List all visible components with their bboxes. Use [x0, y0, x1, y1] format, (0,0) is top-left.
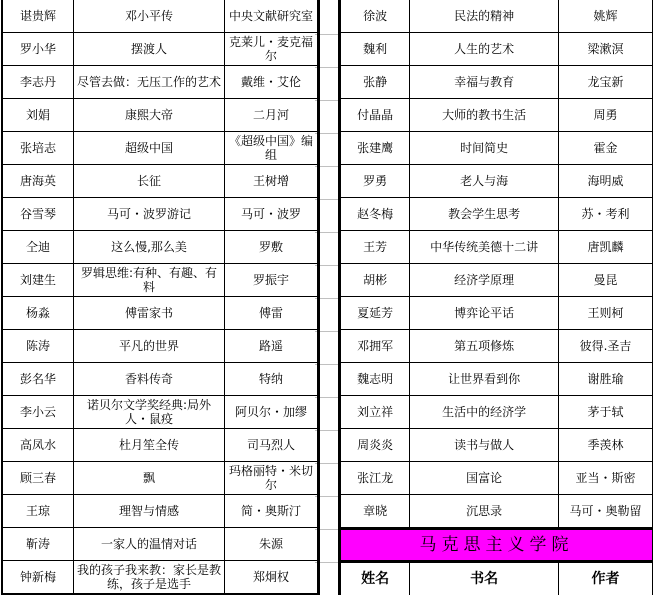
- table-row: 彭名华香料传奇特纳: [2, 363, 319, 396]
- name-cell[interactable]: 顾三春: [2, 462, 74, 495]
- author-cell[interactable]: 阿贝尔・加缪: [225, 396, 319, 429]
- book-cell[interactable]: 时间简史: [410, 132, 559, 165]
- book-cell[interactable]: 尽管去做：无压工作的艺术: [74, 66, 225, 99]
- author-cell[interactable]: 克莱儿・麦克福尔: [225, 33, 319, 66]
- author-cell[interactable]: 司马烈人: [225, 429, 319, 462]
- department-banner-row: 马克思主义学院: [340, 529, 653, 562]
- table-row: 王琼理智与情感简・奥斯汀: [2, 495, 319, 528]
- table-row: 仝迪这么慢,那么美罗敷: [2, 231, 319, 264]
- table-row: 徐波民法的精神姚辉: [340, 0, 653, 33]
- name-cell[interactable]: 张江龙: [340, 462, 410, 495]
- book-cell[interactable]: 傅雷家书: [74, 297, 225, 330]
- book-cell[interactable]: 杜月笙全传: [74, 429, 225, 462]
- name-cell[interactable]: 邓拥军: [340, 330, 410, 363]
- name-cell[interactable]: 李小云: [2, 396, 74, 429]
- book-cell[interactable]: 一家人的温情对话: [74, 528, 225, 561]
- book-cell[interactable]: 邓小平传: [74, 0, 225, 33]
- book-cell[interactable]: 康熙大帝: [74, 99, 225, 132]
- book-cell[interactable]: 平凡的世界: [74, 330, 225, 363]
- author-cell[interactable]: 郑炯权: [225, 561, 319, 595]
- table-row: 周炎炎读书与做人季羡林: [340, 429, 653, 462]
- name-cell[interactable]: 夏延芳: [340, 297, 410, 330]
- name-cell[interactable]: 杨淼: [2, 297, 74, 330]
- author-cell[interactable]: 彼得.圣吉: [559, 330, 653, 363]
- book-cell[interactable]: 香料传奇: [74, 363, 225, 396]
- author-cell[interactable]: 唐凯麟: [559, 231, 653, 264]
- author-cell[interactable]: 罗振宇: [225, 264, 319, 297]
- author-cell[interactable]: 季羡林: [559, 429, 653, 462]
- table-row: 魏志明让世界看到你谢胜瑜: [340, 363, 653, 396]
- name-cell[interactable]: 李志丹: [2, 66, 74, 99]
- table-row: 刘立祥生活中的经济学茅于轼: [340, 396, 653, 429]
- table-row: 刘娟康熙大帝二月河: [2, 99, 319, 132]
- book-cell[interactable]: 沉思录: [410, 495, 559, 529]
- name-cell[interactable]: 钟新梅: [2, 561, 74, 595]
- table-row: 王芳中华传统美德十二讲唐凯麟: [340, 231, 653, 264]
- book-cell[interactable]: 摆渡人: [74, 33, 225, 66]
- book-cell[interactable]: 罗辑思维:有种、有趣、有料: [74, 264, 225, 297]
- book-cell[interactable]: 理智与情感: [74, 495, 225, 528]
- name-cell[interactable]: 张培志: [2, 132, 74, 165]
- author-cell[interactable]: 朱源: [225, 528, 319, 561]
- name-cell[interactable]: 罗小华: [2, 33, 74, 66]
- book-cell[interactable]: 经济学原理: [410, 264, 559, 297]
- name-cell[interactable]: 胡彬: [340, 264, 410, 297]
- table-row: 张培志超级中国《超级中国》编组: [2, 132, 319, 165]
- name-cell[interactable]: 赵冬梅: [340, 198, 410, 231]
- author-cell[interactable]: 王则柯: [559, 297, 653, 330]
- name-cell[interactable]: 付晶晶: [340, 99, 410, 132]
- book-cell[interactable]: 我的孩子我来教：家长是教练，孩子是选手: [74, 561, 225, 595]
- book-cell[interactable]: 第五项修炼: [410, 330, 559, 363]
- table-row: 高凤水杜月笙全传司马烈人: [2, 429, 319, 462]
- name-cell[interactable]: 罗勇: [340, 165, 410, 198]
- author-cell[interactable]: 王树增: [225, 165, 319, 198]
- table-row: 钟新梅我的孩子我来教：家长是教练，孩子是选手郑炯权: [2, 561, 319, 595]
- author-cell[interactable]: 戴维・艾伦: [225, 66, 319, 99]
- book-cell[interactable]: 诺贝尔文学奖经典:局外人・鼠疫: [74, 396, 225, 429]
- name-cell[interactable]: 靳涛: [2, 528, 74, 561]
- table-row: 靳涛一家人的温情对话朱源: [2, 528, 319, 561]
- name-cell[interactable]: 高凤水: [2, 429, 74, 462]
- department-banner[interactable]: 马克思主义学院: [340, 529, 653, 562]
- name-cell[interactable]: 刘建生: [2, 264, 74, 297]
- table-row: 李小云诺贝尔文学奖经典:局外人・鼠疫阿贝尔・加缪: [2, 396, 319, 429]
- book-cell[interactable]: 这么慢,那么美: [74, 231, 225, 264]
- author-cell[interactable]: 二月河: [225, 99, 319, 132]
- left-book-table: 谌贵辉邓小平传中央文献研究室 罗小华摆渡人克莱儿・麦克福尔 李志丹尽管去做：无压…: [1, 0, 320, 595]
- book-cell[interactable]: 老人与海: [410, 165, 559, 198]
- name-cell[interactable]: 刘立祥: [340, 396, 410, 429]
- book-cell[interactable]: 人生的艺术: [410, 33, 559, 66]
- table-row: 张建鹰时间简史霍金: [340, 132, 653, 165]
- name-cell[interactable]: 张建鹰: [340, 132, 410, 165]
- name-cell[interactable]: 仝迪: [2, 231, 74, 264]
- table-row: 章晓沉思录马可・奥勒留: [340, 495, 653, 529]
- name-cell[interactable]: 魏利: [340, 33, 410, 66]
- author-cell[interactable]: 罗敷: [225, 231, 319, 264]
- table-row: 张江龙国富论亚当・斯密: [340, 462, 653, 495]
- table-row: 赵冬梅教会学生思考苏・考利: [340, 198, 653, 231]
- table-row: 魏利人生的艺术梁漱溟: [340, 33, 653, 66]
- author-cell[interactable]: 海明威: [559, 165, 653, 198]
- book-cell[interactable]: 民法的精神: [410, 0, 559, 33]
- table-row: 刘建生罗辑思维:有种、有趣、有料罗振宇: [2, 264, 319, 297]
- book-cell[interactable]: 幸福与教育: [410, 66, 559, 99]
- book-cell[interactable]: 大师的教书生活: [410, 99, 559, 132]
- author-cell[interactable]: 中央文献研究室: [225, 0, 319, 33]
- author-cell[interactable]: 马可・波罗: [225, 198, 319, 231]
- book-cell[interactable]: 长征: [74, 165, 225, 198]
- name-cell[interactable]: 章晓: [340, 495, 410, 529]
- author-cell[interactable]: 《超级中国》编组: [225, 132, 319, 165]
- header-author[interactable]: 作者: [559, 562, 653, 595]
- author-cell[interactable]: 特纳: [225, 363, 319, 396]
- author-cell[interactable]: 苏・考利: [559, 198, 653, 231]
- table-row: 顾三春飘玛格丽特・米切尔: [2, 462, 319, 495]
- author-cell[interactable]: 傅雷: [225, 297, 319, 330]
- author-cell[interactable]: 曼昆: [559, 264, 653, 297]
- table-row: 陈涛平凡的世界路遥: [2, 330, 319, 363]
- header-book[interactable]: 书名: [410, 562, 559, 595]
- author-cell[interactable]: 周勇: [559, 99, 653, 132]
- book-cell[interactable]: 国富论: [410, 462, 559, 495]
- table-row: 夏延芳博弈论平话王则柯: [340, 297, 653, 330]
- name-cell[interactable]: 陈涛: [2, 330, 74, 363]
- author-cell[interactable]: 谢胜瑜: [559, 363, 653, 396]
- table-row: 谷雪琴马可・波罗游记马可・波罗: [2, 198, 319, 231]
- book-cell[interactable]: 生活中的经济学: [410, 396, 559, 429]
- book-cell[interactable]: 超级中国: [74, 132, 225, 165]
- author-cell[interactable]: 姚辉: [559, 0, 653, 33]
- table-row: 唐海英长征王树增: [2, 165, 319, 198]
- author-cell[interactable]: 霍金: [559, 132, 653, 165]
- name-cell[interactable]: 张静: [340, 66, 410, 99]
- author-cell[interactable]: 玛格丽特・米切尔: [225, 462, 319, 495]
- book-cell[interactable]: 中华传统美德十二讲: [410, 231, 559, 264]
- table-row: 李志丹尽管去做：无压工作的艺术戴维・艾伦: [2, 66, 319, 99]
- book-cell[interactable]: 让世界看到你: [410, 363, 559, 396]
- spreadsheet: 谌贵辉邓小平传中央文献研究室 罗小华摆渡人克莱儿・麦克福尔 李志丹尽管去做：无压…: [0, 0, 653, 595]
- name-cell[interactable]: 王琼: [2, 495, 74, 528]
- author-cell[interactable]: 亚当・斯密: [559, 462, 653, 495]
- header-row: 姓名 书名 作者: [340, 562, 653, 595]
- book-cell[interactable]: 飘: [74, 462, 225, 495]
- table-row: 罗勇老人与海海明威: [340, 165, 653, 198]
- name-cell[interactable]: 谷雪琴: [2, 198, 74, 231]
- book-cell[interactable]: 马可・波罗游记: [74, 198, 225, 231]
- table-row: 胡彬经济学原理曼昆: [340, 264, 653, 297]
- table-row: 罗小华摆渡人克莱儿・麦克福尔: [2, 33, 319, 66]
- name-cell[interactable]: 彭名华: [2, 363, 74, 396]
- author-cell[interactable]: 茅于轼: [559, 396, 653, 429]
- name-cell[interactable]: 谌贵辉: [2, 0, 74, 33]
- table-row: 谌贵辉邓小平传中央文献研究室: [2, 0, 319, 33]
- table-row: 付晶晶大师的教书生活周勇: [340, 99, 653, 132]
- author-cell[interactable]: 简・奥斯汀: [225, 495, 319, 528]
- table-row: 杨淼傅雷家书傅雷: [2, 297, 319, 330]
- name-cell[interactable]: 唐海英: [2, 165, 74, 198]
- book-cell[interactable]: 读书与做人: [410, 429, 559, 462]
- header-name[interactable]: 姓名: [340, 562, 410, 595]
- name-cell[interactable]: 魏志明: [340, 363, 410, 396]
- author-cell[interactable]: 马可・奥勒留: [559, 495, 653, 529]
- name-cell[interactable]: 周炎炎: [340, 429, 410, 462]
- name-cell[interactable]: 徐波: [340, 0, 410, 33]
- name-cell[interactable]: 刘娟: [2, 99, 74, 132]
- book-cell[interactable]: 博弈论平话: [410, 297, 559, 330]
- table-row: 张静幸福与教育龙宝新: [340, 66, 653, 99]
- author-cell[interactable]: 路遥: [225, 330, 319, 363]
- author-cell[interactable]: 龙宝新: [559, 66, 653, 99]
- name-cell[interactable]: 王芳: [340, 231, 410, 264]
- right-book-table: 徐波民法的精神姚辉 魏利人生的艺术梁漱溟 张静幸福与教育龙宝新 付晶晶大师的教书…: [338, 0, 653, 595]
- book-cell[interactable]: 教会学生思考: [410, 198, 559, 231]
- author-cell[interactable]: 梁漱溟: [559, 33, 653, 66]
- table-row: 邓拥军第五项修炼彼得.圣吉: [340, 330, 653, 363]
